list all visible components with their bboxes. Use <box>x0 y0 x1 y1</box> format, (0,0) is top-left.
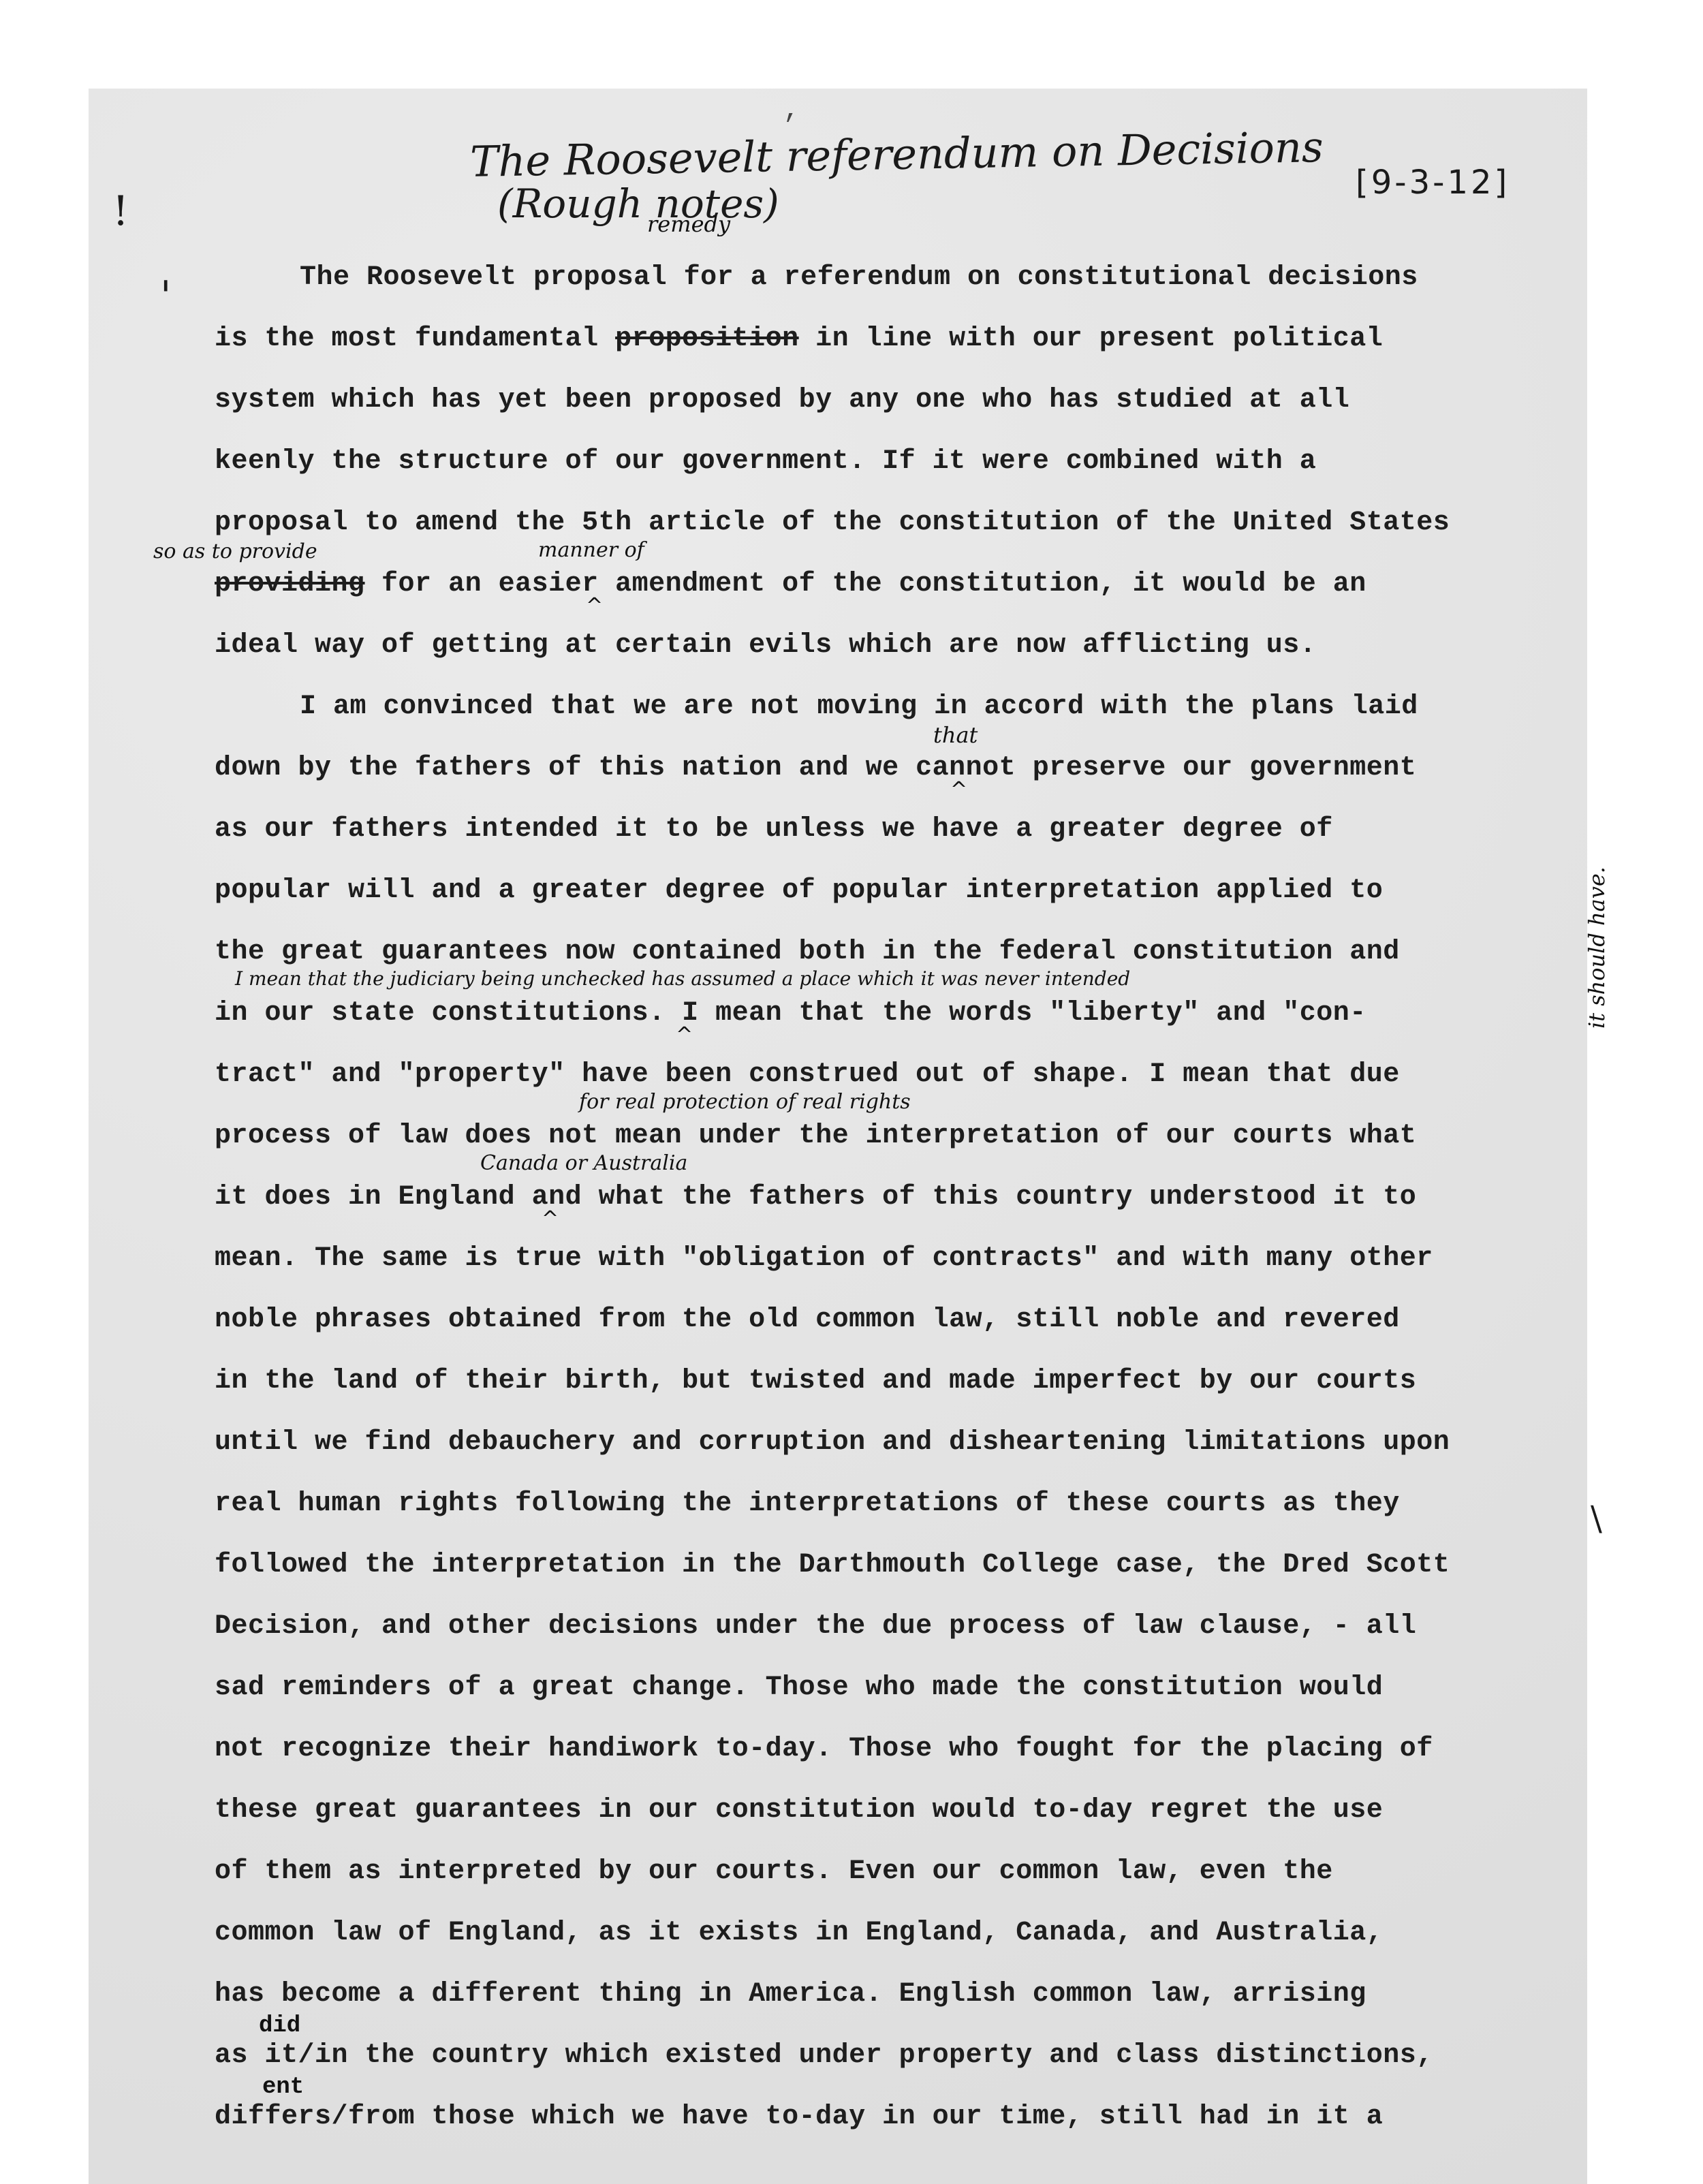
text-line: Decision, and other decisions under the … <box>215 1611 1416 1642</box>
handwritten-insertion: for real protection of real rights <box>579 1090 911 1114</box>
text-line: down by the fathers of this nation and w… <box>215 753 1416 783</box>
text-line: I am convinced that we are not moving in… <box>300 691 1418 722</box>
text-line: keenly the structure of our government. … <box>215 446 1316 477</box>
typed-insertion: ent <box>262 2074 304 2100</box>
handwritten-insertion: that <box>933 722 978 748</box>
text-line: in our state constitutions. I mean that … <box>215 998 1366 1029</box>
text-line: in the land of their birth, but twisted … <box>215 1366 1416 1397</box>
text-line: sad reminders of a great change. Those w… <box>215 1672 1383 1703</box>
handwritten-insertion: Canada or Australia <box>480 1151 687 1175</box>
text-line: of them as interpreted by our courts. Ev… <box>215 1856 1333 1887</box>
text-line: noble phrases obtained from the old comm… <box>215 1305 1400 1335</box>
handwritten-insertion: manner of <box>538 538 644 562</box>
margin-insertion: so as to provide <box>153 540 317 563</box>
text-line: real human rights following the interpre… <box>215 1488 1400 1519</box>
text-line: common law of England, as it exists in E… <box>215 1918 1383 1948</box>
text-line: the great guarantees now contained both … <box>215 937 1400 967</box>
stray-mark: , <box>783 95 800 126</box>
text-line: process of law does not mean under the i… <box>215 1121 1416 1151</box>
text-line: has become a different thing in America.… <box>215 1979 1366 2010</box>
text-line: proposal to amend the 5th article of the… <box>215 508 1450 538</box>
text-line: as it/in the country which existed under… <box>215 2040 1433 2071</box>
text-line: popular will and a greater degree of pop… <box>215 875 1383 906</box>
handwritten-subtitle: (Rough notes) <box>497 181 779 227</box>
text-line: it does in England and what the fathers … <box>215 1182 1416 1213</box>
struck-word: proposition <box>615 324 799 354</box>
text-line: providing for an easier amendment of the… <box>215 569 1366 599</box>
text-line: tract" and "property" have been construe… <box>215 1059 1400 1090</box>
vertical-margin-note: it should have. <box>1584 867 1610 1029</box>
text-line: followed the interpretation in the Darth… <box>215 1550 1450 1580</box>
document-date: [9-3-12] <box>1356 163 1510 202</box>
text-line: is the most fundamental proposition in l… <box>215 324 1383 354</box>
text-line: system which has yet been proposed by an… <box>215 385 1349 416</box>
text-line: as our fathers intended it to be unless … <box>215 814 1333 845</box>
margin-tick-right: \ <box>1591 1499 1602 1538</box>
text-line: until we find debauchery and corruption … <box>215 1427 1450 1458</box>
text-line: not recognize their handiwork to-day. Th… <box>215 1734 1433 1764</box>
margin-tick: ' <box>160 272 172 320</box>
handwritten-insertion: I mean that the judiciary being unchecke… <box>235 967 1130 990</box>
text-line: these great guarantees in our constituti… <box>215 1795 1383 1826</box>
text-line: ideal way of getting at certain evils wh… <box>215 630 1316 661</box>
document-page: , ! ' \ The Roosevelt referendum on Deci… <box>89 89 1587 2184</box>
struck-word: providing <box>215 569 365 599</box>
text-line: differs/from those which we have to-day … <box>215 2102 1383 2132</box>
text-line: mean. The same is true with "obligation … <box>215 1243 1433 1274</box>
margin-mark: ! <box>112 187 129 235</box>
typed-insertion: did <box>259 2013 300 2039</box>
handwritten-title: The Roosevelt referendum on Decisions <box>469 122 1324 187</box>
text-line: The Roosevelt proposal for a referendum … <box>300 262 1418 293</box>
handwritten-insertion: remedy <box>647 211 730 237</box>
